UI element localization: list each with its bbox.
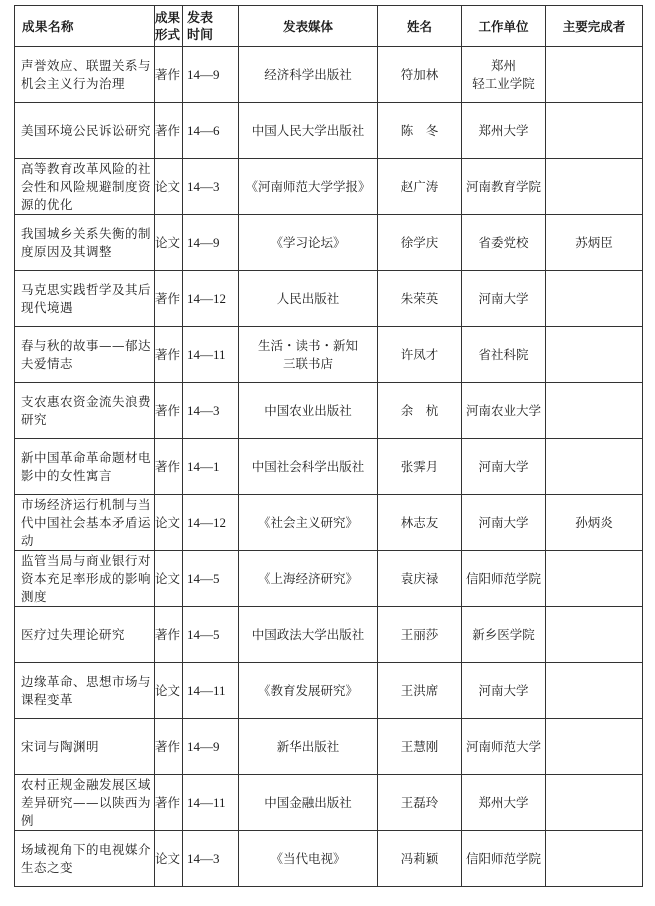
cell-person: 林志友 [378,495,462,551]
cell-unit: 新乡医学院 [462,607,546,663]
cell-unit-line1: 新乡医学院 [472,627,535,642]
cell-name: 医疗过失理论研究 [15,607,155,663]
cell-media: 《河南师范大学学报》 [239,159,378,215]
cell-person: 朱荣英 [378,271,462,327]
header-form-line2: 形式 [155,27,180,42]
cell-unit: 省委党校 [462,215,546,271]
cell-major [546,103,643,159]
cell-media: 《上海经济研究》 [239,551,378,607]
cell-unit-line1: 河南师范大学 [466,739,541,754]
cell-unit: 河南大学 [462,439,546,495]
cell-name: 农村正规金融发展区域差异研究——以陕西为例 [15,775,155,831]
cell-time: 14—6 [183,103,239,159]
cell-media: 中国农业出版社 [239,383,378,439]
cell-person: 王丽莎 [378,607,462,663]
cell-person: 赵广涛 [378,159,462,215]
header-form: 成果形式 [155,6,183,47]
table-row: 新中国革命革命题材电影中的女性寓言 著作 14—1 中国社会科学出版社 张霁月 … [15,439,643,495]
cell-form: 论文 [155,495,183,551]
cell-unit-line1: 郑州 [491,58,516,73]
cell-person: 冯莉颖 [378,831,462,887]
cell-time: 14—3 [183,831,239,887]
table-row: 监管当局与商业银行对资本充足率形成的影响测度 论文 14—5 《上海经济研究》 … [15,551,643,607]
cell-time: 14—5 [183,607,239,663]
cell-unit: 河南农业大学 [462,383,546,439]
cell-time: 14—1 [183,439,239,495]
cell-time: 14—11 [183,327,239,383]
cell-unit: 河南教育学院 [462,159,546,215]
cell-unit-line1: 河南大学 [478,459,528,474]
cell-name: 高等教育改革风险的社会性和风险规避制度资源的优化 [15,159,155,215]
cell-media: 《教育发展研究》 [239,663,378,719]
cell-person: 符加林 [378,47,462,103]
header-unit: 工作单位 [462,6,546,47]
cell-unit: 郑州大学 [462,775,546,831]
table-row: 春与秋的故事——郁达夫爱情志 著作 14—11 生活・读书・新知三联书店 许凤才… [15,327,643,383]
cell-unit-line1: 河南大学 [478,683,528,698]
header-row: 成果名称 成果形式 发表时间 发表媒体 姓名 工作单位 主要完成者 [15,6,643,47]
cell-form: 著作 [155,383,183,439]
cell-unit: 省社科院 [462,327,546,383]
cell-major [546,383,643,439]
cell-form: 论文 [155,831,183,887]
cell-time: 14—3 [183,383,239,439]
cell-media: 生活・读书・新知三联书店 [239,327,378,383]
table-row: 市场经济运行机制与当代中国社会基本矛盾运动 论文 14—12 《社会主义研究》 … [15,495,643,551]
cell-unit-line1: 郑州大学 [478,123,528,138]
cell-unit: 信阳师范学院 [462,831,546,887]
table-row: 美国环境公民诉讼研究 著作 14—6 中国人民大学出版社 陈 冬 郑州大学 [15,103,643,159]
cell-unit: 信阳师范学院 [462,551,546,607]
cell-time: 14—11 [183,663,239,719]
cell-media: 《当代电视》 [239,831,378,887]
cell-form: 论文 [155,663,183,719]
cell-major: 孙炳炎 [546,495,643,551]
cell-unit-line1: 信阳师范学院 [466,571,541,586]
cell-name: 声誉效应、联盟关系与机会主义行为治理 [15,47,155,103]
table-row: 支农惠农资金流失浪费研究 著作 14—3 中国农业出版社 余 杭 河南农业大学 [15,383,643,439]
cell-time: 14—12 [183,495,239,551]
cell-media: 中国社会科学出版社 [239,439,378,495]
cell-person: 王洪席 [378,663,462,719]
cell-unit-line1: 河南农业大学 [466,403,541,418]
cell-media-line1: 生活・读书・新知 [258,338,358,353]
table-row: 场域视角下的电视媒介生态之变 论文 14—3 《当代电视》 冯莉颖 信阳师范学院 [15,831,643,887]
cell-form: 著作 [155,775,183,831]
cell-major [546,159,643,215]
cell-form: 著作 [155,719,183,775]
cell-major [546,47,643,103]
cell-media: 《学习论坛》 [239,215,378,271]
cell-time: 14—9 [183,719,239,775]
table-row: 马克思实践哲学及其后现代境遇 著作 14—12 人民出版社 朱荣英 河南大学 [15,271,643,327]
cell-time: 14—12 [183,271,239,327]
cell-major [546,271,643,327]
cell-unit: 郑州轻工业学院 [462,47,546,103]
cell-media: 《社会主义研究》 [239,495,378,551]
cell-major [546,831,643,887]
header-time-line1: 发表 [187,10,213,25]
cell-form: 著作 [155,327,183,383]
cell-name: 场域视角下的电视媒介生态之变 [15,831,155,887]
cell-person: 王慧刚 [378,719,462,775]
header-media: 发表媒体 [239,6,378,47]
cell-media: 新华出版社 [239,719,378,775]
table-row: 我国城乡关系失衡的制度原因及其调整 论文 14—9 《学习论坛》 徐学庆 省委党… [15,215,643,271]
cell-name: 支农惠农资金流失浪费研究 [15,383,155,439]
header-person: 姓名 [378,6,462,47]
cell-person: 许凤才 [378,327,462,383]
cell-form: 著作 [155,439,183,495]
cell-major [546,551,643,607]
cell-form: 论文 [155,215,183,271]
header-form-line1: 成果 [155,10,180,25]
cell-time: 14—3 [183,159,239,215]
cell-name: 边缘革命、思想市场与课程变革 [15,663,155,719]
cell-person: 陈 冬 [378,103,462,159]
cell-person: 徐学庆 [378,215,462,271]
cell-major [546,327,643,383]
cell-major [546,439,643,495]
header-time: 发表时间 [183,6,239,47]
cell-media: 中国人民大学出版社 [239,103,378,159]
cell-form: 著作 [155,607,183,663]
cell-media: 经济科学出版社 [239,47,378,103]
cell-name: 宋词与陶渊明 [15,719,155,775]
cell-person: 袁庆禄 [378,551,462,607]
header-name: 成果名称 [15,6,155,47]
table-row: 宋词与陶渊明 著作 14—9 新华出版社 王慧刚 河南师范大学 [15,719,643,775]
cell-media-line2: 三联书店 [283,356,333,371]
cell-unit: 河南师范大学 [462,719,546,775]
cell-unit-line1: 河南大学 [478,291,528,306]
cell-unit-line1: 省社科院 [478,347,528,362]
cell-name: 美国环境公民诉讼研究 [15,103,155,159]
cell-person: 余 杭 [378,383,462,439]
cell-media: 中国政法大学出版社 [239,607,378,663]
cell-major [546,719,643,775]
cell-unit-line1: 河南教育学院 [466,179,541,194]
achievements-table: 成果名称 成果形式 发表时间 发表媒体 姓名 工作单位 主要完成者 声誉效应、联… [14,5,643,887]
cell-major [546,607,643,663]
table-row: 医疗过失理论研究 著作 14—5 中国政法大学出版社 王丽莎 新乡医学院 [15,607,643,663]
cell-time: 14—11 [183,775,239,831]
cell-unit: 郑州大学 [462,103,546,159]
cell-media: 人民出版社 [239,271,378,327]
header-time-line2: 时间 [187,27,213,42]
cell-name: 新中国革命革命题材电影中的女性寓言 [15,439,155,495]
cell-major: 苏炳臣 [546,215,643,271]
table-row: 声誉效应、联盟关系与机会主义行为治理 著作 14—9 经济科学出版社 符加林 郑… [15,47,643,103]
cell-major [546,775,643,831]
cell-unit-line1: 郑州大学 [478,795,528,810]
cell-unit-line1: 河南大学 [478,515,528,530]
cell-unit: 河南大学 [462,663,546,719]
table-body: 声誉效应、联盟关系与机会主义行为治理 著作 14—9 经济科学出版社 符加林 郑… [15,47,643,887]
cell-form: 论文 [155,159,183,215]
cell-name: 监管当局与商业银行对资本充足率形成的影响测度 [15,551,155,607]
cell-unit: 河南大学 [462,495,546,551]
cell-time: 14—9 [183,47,239,103]
table-row: 边缘革命、思想市场与课程变革 论文 14—11 《教育发展研究》 王洪席 河南大… [15,663,643,719]
cell-person: 张霁月 [378,439,462,495]
cell-form: 著作 [155,47,183,103]
cell-form: 著作 [155,271,183,327]
cell-name: 春与秋的故事——郁达夫爱情志 [15,327,155,383]
cell-unit: 河南大学 [462,271,546,327]
cell-unit-line1: 省委党校 [478,235,528,250]
cell-name: 马克思实践哲学及其后现代境遇 [15,271,155,327]
cell-unit-line1: 信阳师范学院 [466,851,541,866]
cell-media: 中国金融出版社 [239,775,378,831]
cell-time: 14—5 [183,551,239,607]
header-major: 主要完成者 [546,6,643,47]
cell-name: 我国城乡关系失衡的制度原因及其调整 [15,215,155,271]
cell-unit-line2: 轻工业学院 [472,76,535,91]
cell-form: 论文 [155,551,183,607]
cell-major [546,663,643,719]
table-row: 高等教育改革风险的社会性和风险规避制度资源的优化 论文 14—3 《河南师范大学… [15,159,643,215]
cell-time: 14—9 [183,215,239,271]
cell-person: 王磊玲 [378,775,462,831]
cell-form: 著作 [155,103,183,159]
table-row: 农村正规金融发展区域差异研究——以陕西为例 著作 14—11 中国金融出版社 王… [15,775,643,831]
cell-name: 市场经济运行机制与当代中国社会基本矛盾运动 [15,495,155,551]
